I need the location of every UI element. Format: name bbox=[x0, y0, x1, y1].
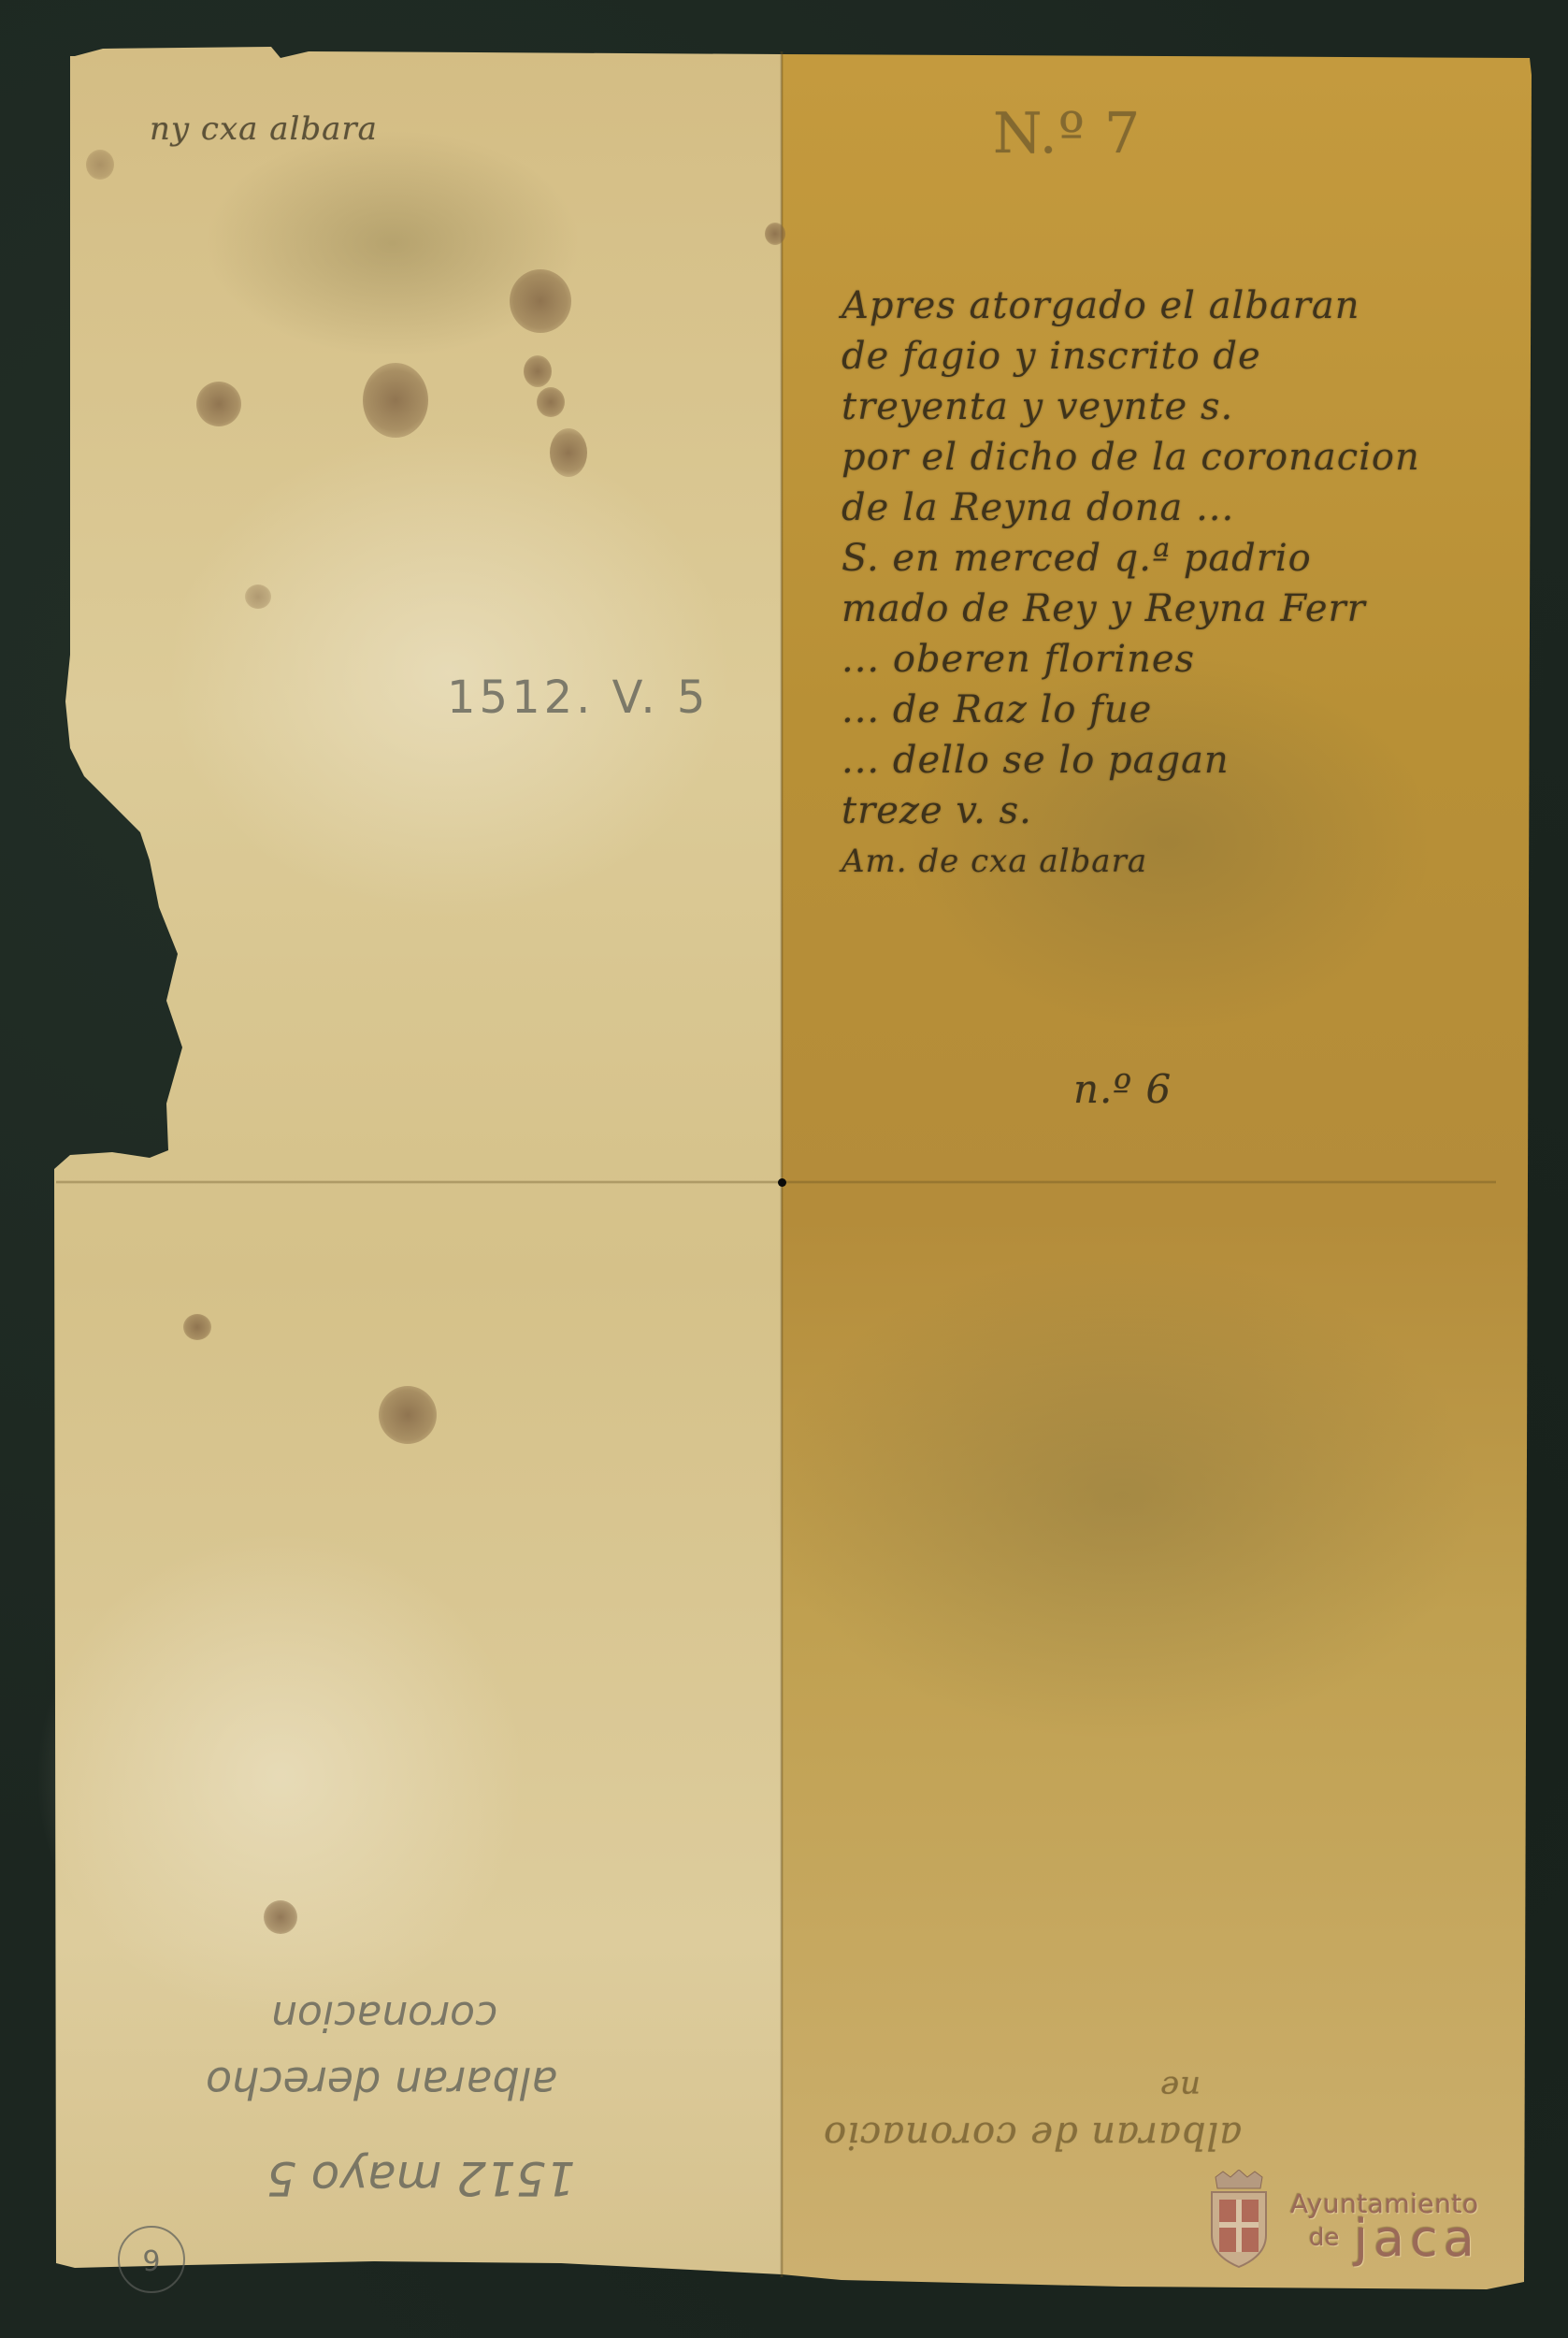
parchment-document: ny cxa albara 1512. V. 5 coronacion alba… bbox=[0, 0, 1568, 2338]
pinhole bbox=[778, 1178, 786, 1187]
stain bbox=[363, 363, 428, 438]
footer-number: n.º 6 bbox=[1073, 1066, 1172, 1112]
watermark-prefix: de bbox=[1309, 2224, 1340, 2252]
manuscript-line: ... oberen florines bbox=[842, 634, 1496, 685]
document-number-header: N.º 7 bbox=[993, 101, 1141, 166]
manuscript-line: mado de Rey y Reyna Ferr bbox=[842, 584, 1496, 634]
vertical-fold-line bbox=[780, 51, 784, 2277]
stain bbox=[765, 223, 785, 245]
manuscript-line: de fagio y inscrito de bbox=[842, 331, 1496, 382]
stain bbox=[379, 1386, 437, 1444]
watermark-city: JACA bbox=[1354, 2209, 1480, 2268]
top-left-note: ny cxa albara bbox=[150, 110, 378, 148]
stain bbox=[537, 387, 565, 417]
circled-number: 6 bbox=[118, 2226, 185, 2293]
upside-down-note-line1: albaran de coronacio bbox=[823, 2114, 1242, 2157]
stain bbox=[196, 382, 241, 426]
stain bbox=[550, 428, 587, 477]
stain bbox=[183, 1314, 211, 1340]
stain bbox=[264, 1900, 297, 1934]
catalog-note-coronacion: coronacion bbox=[271, 1992, 497, 2040]
pencil-date: 1512. V. 5 bbox=[447, 671, 709, 724]
manuscript-line: Apres atorgado el albaran bbox=[842, 281, 1496, 331]
coat-of-arms-icon bbox=[1206, 2170, 1272, 2273]
stain bbox=[524, 355, 552, 387]
horizontal-fold-line bbox=[56, 1180, 1496, 1184]
manuscript-line: ... de Raz lo fue bbox=[842, 685, 1496, 735]
catalog-note-albaran: albaran derecho bbox=[206, 2057, 558, 2108]
stain bbox=[245, 584, 271, 609]
manuscript-line: por el dicho de la coronacion bbox=[842, 432, 1496, 483]
manuscript-line: ... dello se lo pagan bbox=[842, 735, 1496, 786]
stain bbox=[510, 269, 571, 333]
catalog-note-date: 1512 mayo 5 bbox=[266, 2151, 575, 2205]
manuscript-text: Apres atorgado el albaran de fagio y ins… bbox=[842, 281, 1496, 887]
upside-down-note-line2: ne bbox=[1159, 2069, 1201, 2106]
manuscript-line: S. en merced q.ª padrio bbox=[842, 533, 1496, 584]
manuscript-line: de la Reyna dona ... bbox=[842, 483, 1496, 533]
ayuntamiento-watermark: Ayuntamiento de JACA bbox=[1197, 2160, 1496, 2282]
manuscript-signature: Am. de cxa albara bbox=[842, 836, 1496, 887]
manuscript-line: treyenta y veynte s. bbox=[842, 382, 1496, 432]
manuscript-line: treze v. s. bbox=[842, 786, 1496, 836]
stain bbox=[86, 150, 114, 180]
circled-number-value: 6 bbox=[142, 2244, 160, 2276]
